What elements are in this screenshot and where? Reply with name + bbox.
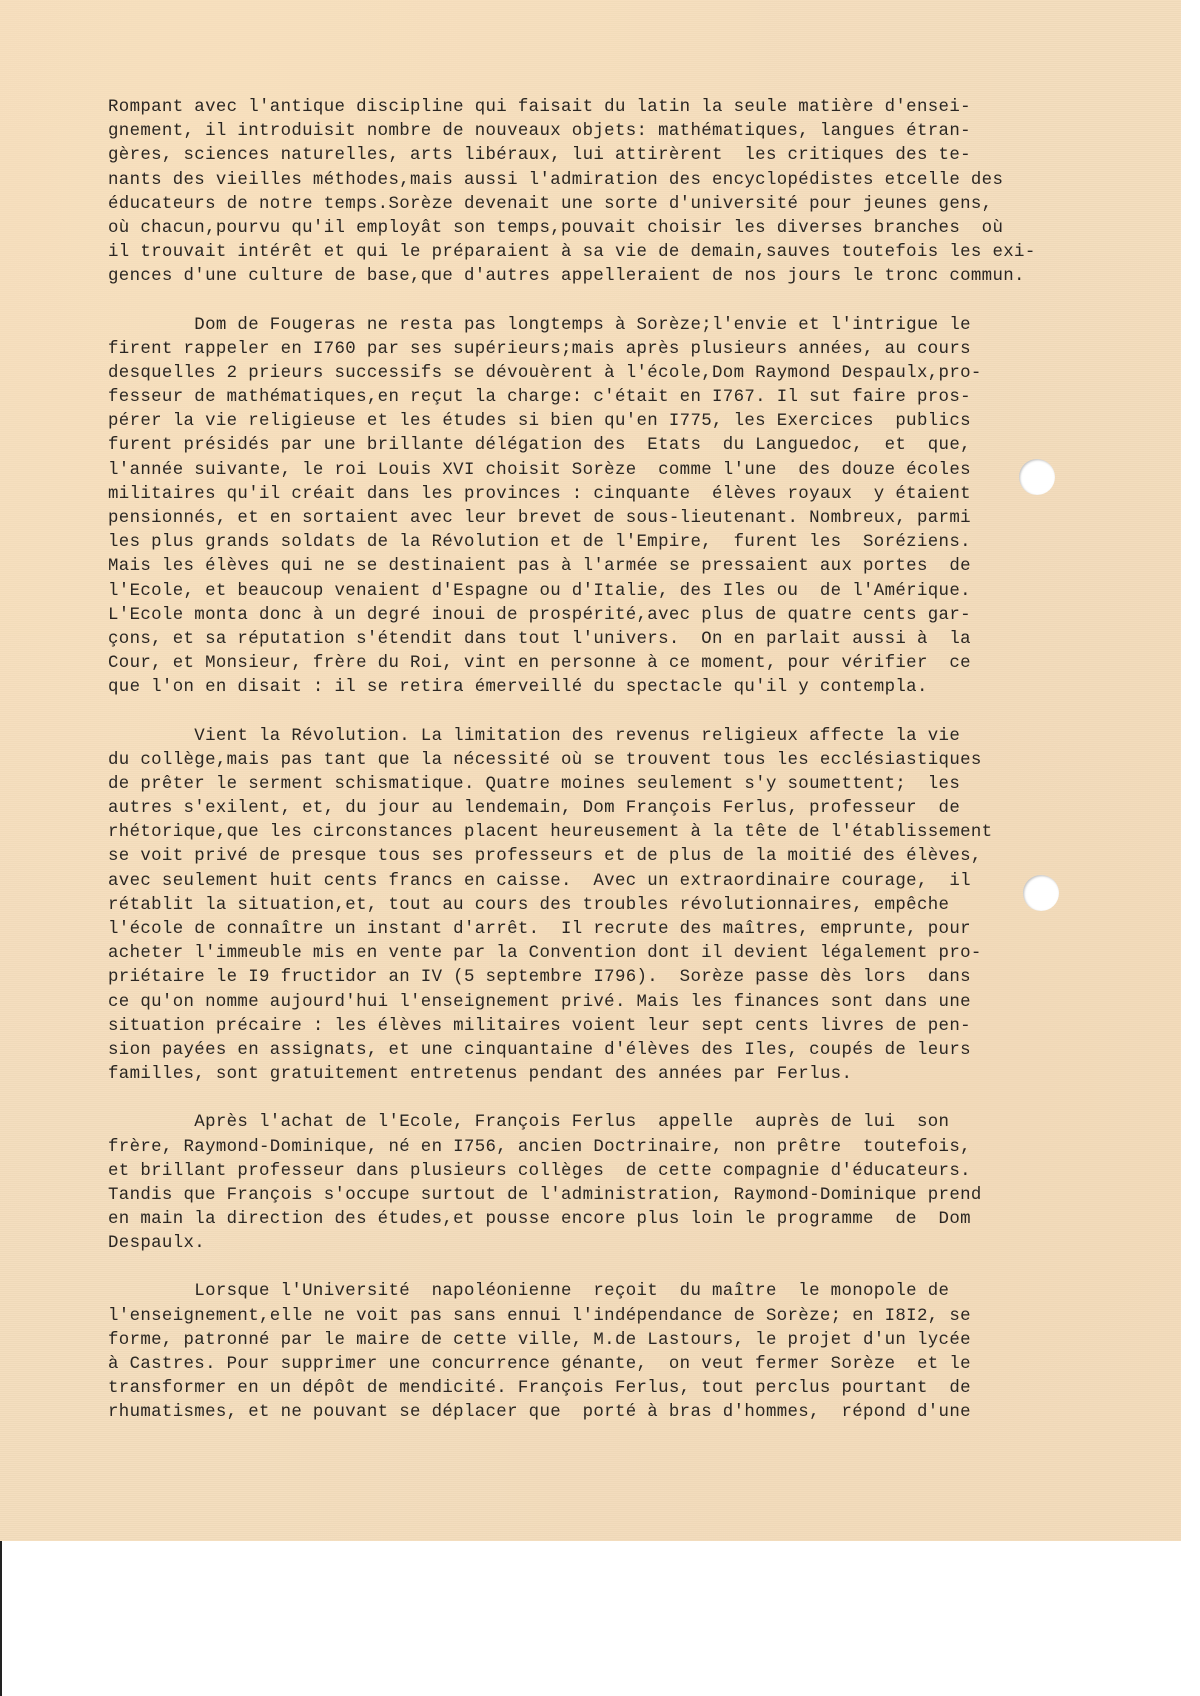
text-line: et brillant professeur dans plusieurs co… (108, 1160, 1028, 1184)
text-line: rhumatismes, et ne pouvant se déplacer q… (108, 1401, 1028, 1425)
text-line: pérer la vie religieuse et les études si… (108, 410, 1028, 434)
text-line: gnement, il introduisit nombre de nouvea… (108, 120, 1028, 144)
paragraph: Dom de Fougeras ne resta pas longtemps à… (108, 314, 1028, 701)
text-line: militaires qu'il créait dans les provinc… (108, 483, 1028, 507)
text-line: avec seulement huit cents francs en cais… (108, 870, 1028, 894)
text-line: gères, sciences naturelles, arts libérau… (108, 144, 1028, 168)
text-line: les plus grands soldats de la Révolution… (108, 531, 1028, 555)
scan-edge-line (0, 1541, 2, 1696)
text-line: desquelles 2 prieurs successifs se dévou… (108, 362, 1028, 386)
paragraph: Lorsque l'Université napoléonienne reçoi… (108, 1280, 1028, 1425)
text-line: rhétorique,que les circonstances placent… (108, 821, 1028, 845)
text-line: nants des vieilles méthodes,mais aussi l… (108, 169, 1028, 193)
text-line: furent présidés par une brillante déléga… (108, 434, 1028, 458)
text-line: gences d'une culture de base,que d'autre… (108, 265, 1028, 289)
text-line: Vient la Révolution. La limitation des r… (108, 725, 1028, 749)
text-line: à Castres. Pour supprimer une concurrenc… (108, 1353, 1028, 1377)
text-line: acheter l'immeuble mis en vente par la C… (108, 942, 1028, 966)
text-line: rétablit la situation,et, tout au cours … (108, 894, 1028, 918)
text-line: ce qu'on nomme aujourd'hui l'enseignemen… (108, 991, 1028, 1015)
text-line: Tandis que François s'occupe surtout de … (108, 1184, 1028, 1208)
text-line: que l'on en disait : il se retira émerve… (108, 676, 1028, 700)
text-line: Cour, et Monsieur, frère du Roi, vint en… (108, 652, 1028, 676)
text-line: pensionnés, et en sortaient avec leur br… (108, 507, 1028, 531)
text-line: familles, sont gratuitement entretenus p… (108, 1063, 1028, 1087)
text-line: autres s'exilent, et, du jour au lendema… (108, 797, 1028, 821)
text-line: se voit privé de presque tous ses profes… (108, 845, 1028, 869)
text-line: l'année suivante, le roi Louis XVI chois… (108, 459, 1028, 483)
text-line: Despaulx. (108, 1232, 1028, 1256)
text-line: de prêter le serment schismatique. Quatr… (108, 773, 1028, 797)
text-line: éducateurs de notre temps.Sorèze devenai… (108, 193, 1028, 217)
paragraph: Rompant avec l'antique discipline qui fa… (108, 96, 1028, 290)
text-line: l'école de connaître un instant d'arrêt.… (108, 918, 1028, 942)
text-line: où chacun,pourvu qu'il employât son temp… (108, 217, 1028, 241)
text-line: situation précaire : les élèves militair… (108, 1015, 1028, 1039)
typewritten-text: Rompant avec l'antique discipline qui fa… (108, 96, 1028, 1450)
text-line: frère, Raymond-Dominique, né en I756, an… (108, 1136, 1028, 1160)
text-line: Rompant avec l'antique discipline qui fa… (108, 96, 1028, 120)
text-line: il trouvait intérêt et qui le préparaien… (108, 241, 1028, 265)
text-line: du collège,mais pas tant que la nécessit… (108, 749, 1028, 773)
text-line: çons, et sa réputation s'étendit dans to… (108, 628, 1028, 652)
text-line: firent rappeler en I760 par ses supérieu… (108, 338, 1028, 362)
text-line: sion payées en assignats, et une cinquan… (108, 1039, 1028, 1063)
text-line: L'Ecole monta donc à un degré inoui de p… (108, 604, 1028, 628)
text-line: Mais les élèves qui ne se destinaient pa… (108, 555, 1028, 579)
paragraph: Après l'achat de l'Ecole, François Ferlu… (108, 1111, 1028, 1256)
text-line: l'Ecole, et beaucoup venaient d'Espagne … (108, 580, 1028, 604)
text-line: Dom de Fougeras ne resta pas longtemps à… (108, 314, 1028, 338)
text-line: en main la direction des études,et pouss… (108, 1208, 1028, 1232)
text-line: priétaire le I9 fructidor an IV (5 septe… (108, 966, 1028, 990)
paragraph: Vient la Révolution. La limitation des r… (108, 725, 1028, 1088)
text-line: l'enseignement,elle ne voit pas sans enn… (108, 1305, 1028, 1329)
punch-hole-bottom (1023, 875, 1059, 911)
text-line: transformer en un dépôt de mendicité. Fr… (108, 1377, 1028, 1401)
text-line: Après l'achat de l'Ecole, François Ferlu… (108, 1111, 1028, 1135)
text-line: Lorsque l'Université napoléonienne reçoi… (108, 1280, 1028, 1304)
text-line: forme, patronné par le maire de cette vi… (108, 1329, 1028, 1353)
text-line: fesseur de mathématiques,en reçut la cha… (108, 386, 1028, 410)
